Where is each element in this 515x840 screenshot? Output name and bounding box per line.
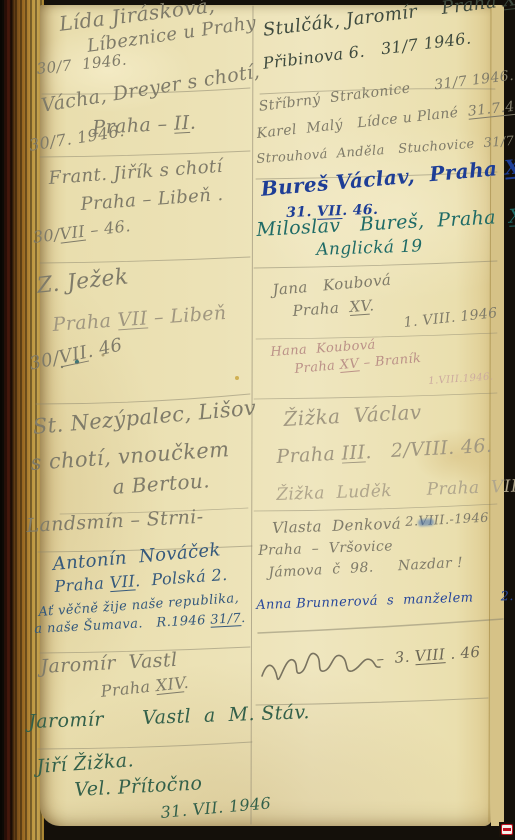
ink-smudge (418, 518, 434, 526)
handwritten-line: 30/VII. 46 (28, 336, 124, 373)
handwritten-line: Praha III. 2/VIII. 46. (276, 437, 493, 467)
handwritten-line: – 3. VIII . 46 (376, 645, 481, 667)
handwritten-line: Anglická 19 (316, 238, 423, 259)
handwritten-line: Jaromír Vastl (40, 651, 178, 677)
handwritten-line: Z. Ježek (36, 266, 130, 297)
handwritten-line: Praha XIV. (100, 675, 190, 700)
handwritten-line: 1. VIII. 1946 (403, 306, 498, 330)
handwritten-line: 1.VIII.1946. (428, 372, 494, 387)
handwritten-line: Praha – Libeň . (80, 186, 224, 214)
handwritten-line: Jiří Žižka. (36, 751, 135, 777)
handwritten-line: a Bertou. (112, 470, 210, 497)
handwritten-line: Praha VII – Libeň (52, 304, 227, 335)
handwritten-line: Stulčák, Jaromír Praha XII (262, 0, 515, 40)
entries-layer: Lída Jirásková,Líbeznice u Prahy30/7 194… (0, 0, 515, 840)
handwritten-line: Landsmín – Strni- (26, 508, 204, 536)
handwritten-line: St. Nezýpalec, Lišov (32, 397, 257, 437)
guestbook-scan: Lída Jirásková,Líbeznice u Prahy30/7 194… (0, 0, 515, 840)
handwritten-line: Praha XV. (292, 298, 375, 319)
watermark-red-bar-icon (501, 824, 513, 835)
handwritten-line: Jaromír Vastl a M. Stáv. (28, 703, 310, 732)
scanner-watermark-icon (499, 822, 514, 837)
handwritten-line: Vel. Přítočno (74, 774, 203, 800)
handwritten-line: Jámova č 98. Nazdar ! (268, 556, 463, 580)
handwritten-line: Jana Koubová (272, 273, 392, 298)
handwritten-line: Vlasta Denková (272, 517, 401, 536)
handwritten-line: Anna Brunnerová s manželem 2. 8. 1946. (256, 588, 515, 612)
handwritten-line: 30/7. 1946. (28, 123, 126, 154)
handwritten-line: 31. VII. 1946 (160, 795, 272, 821)
handwritten-line: 30/VII – 46. (32, 218, 132, 246)
handwritten-line: Žižka Václav (283, 402, 422, 429)
handwritten-line: Frant. Jiřík s chotí (48, 158, 223, 188)
handwritten-line: Žižka Luděk Praha VII (276, 479, 515, 504)
handwritten-line: 30/7 1946. (36, 53, 128, 77)
handwritten-line: Praha – Vršovice (258, 539, 393, 558)
